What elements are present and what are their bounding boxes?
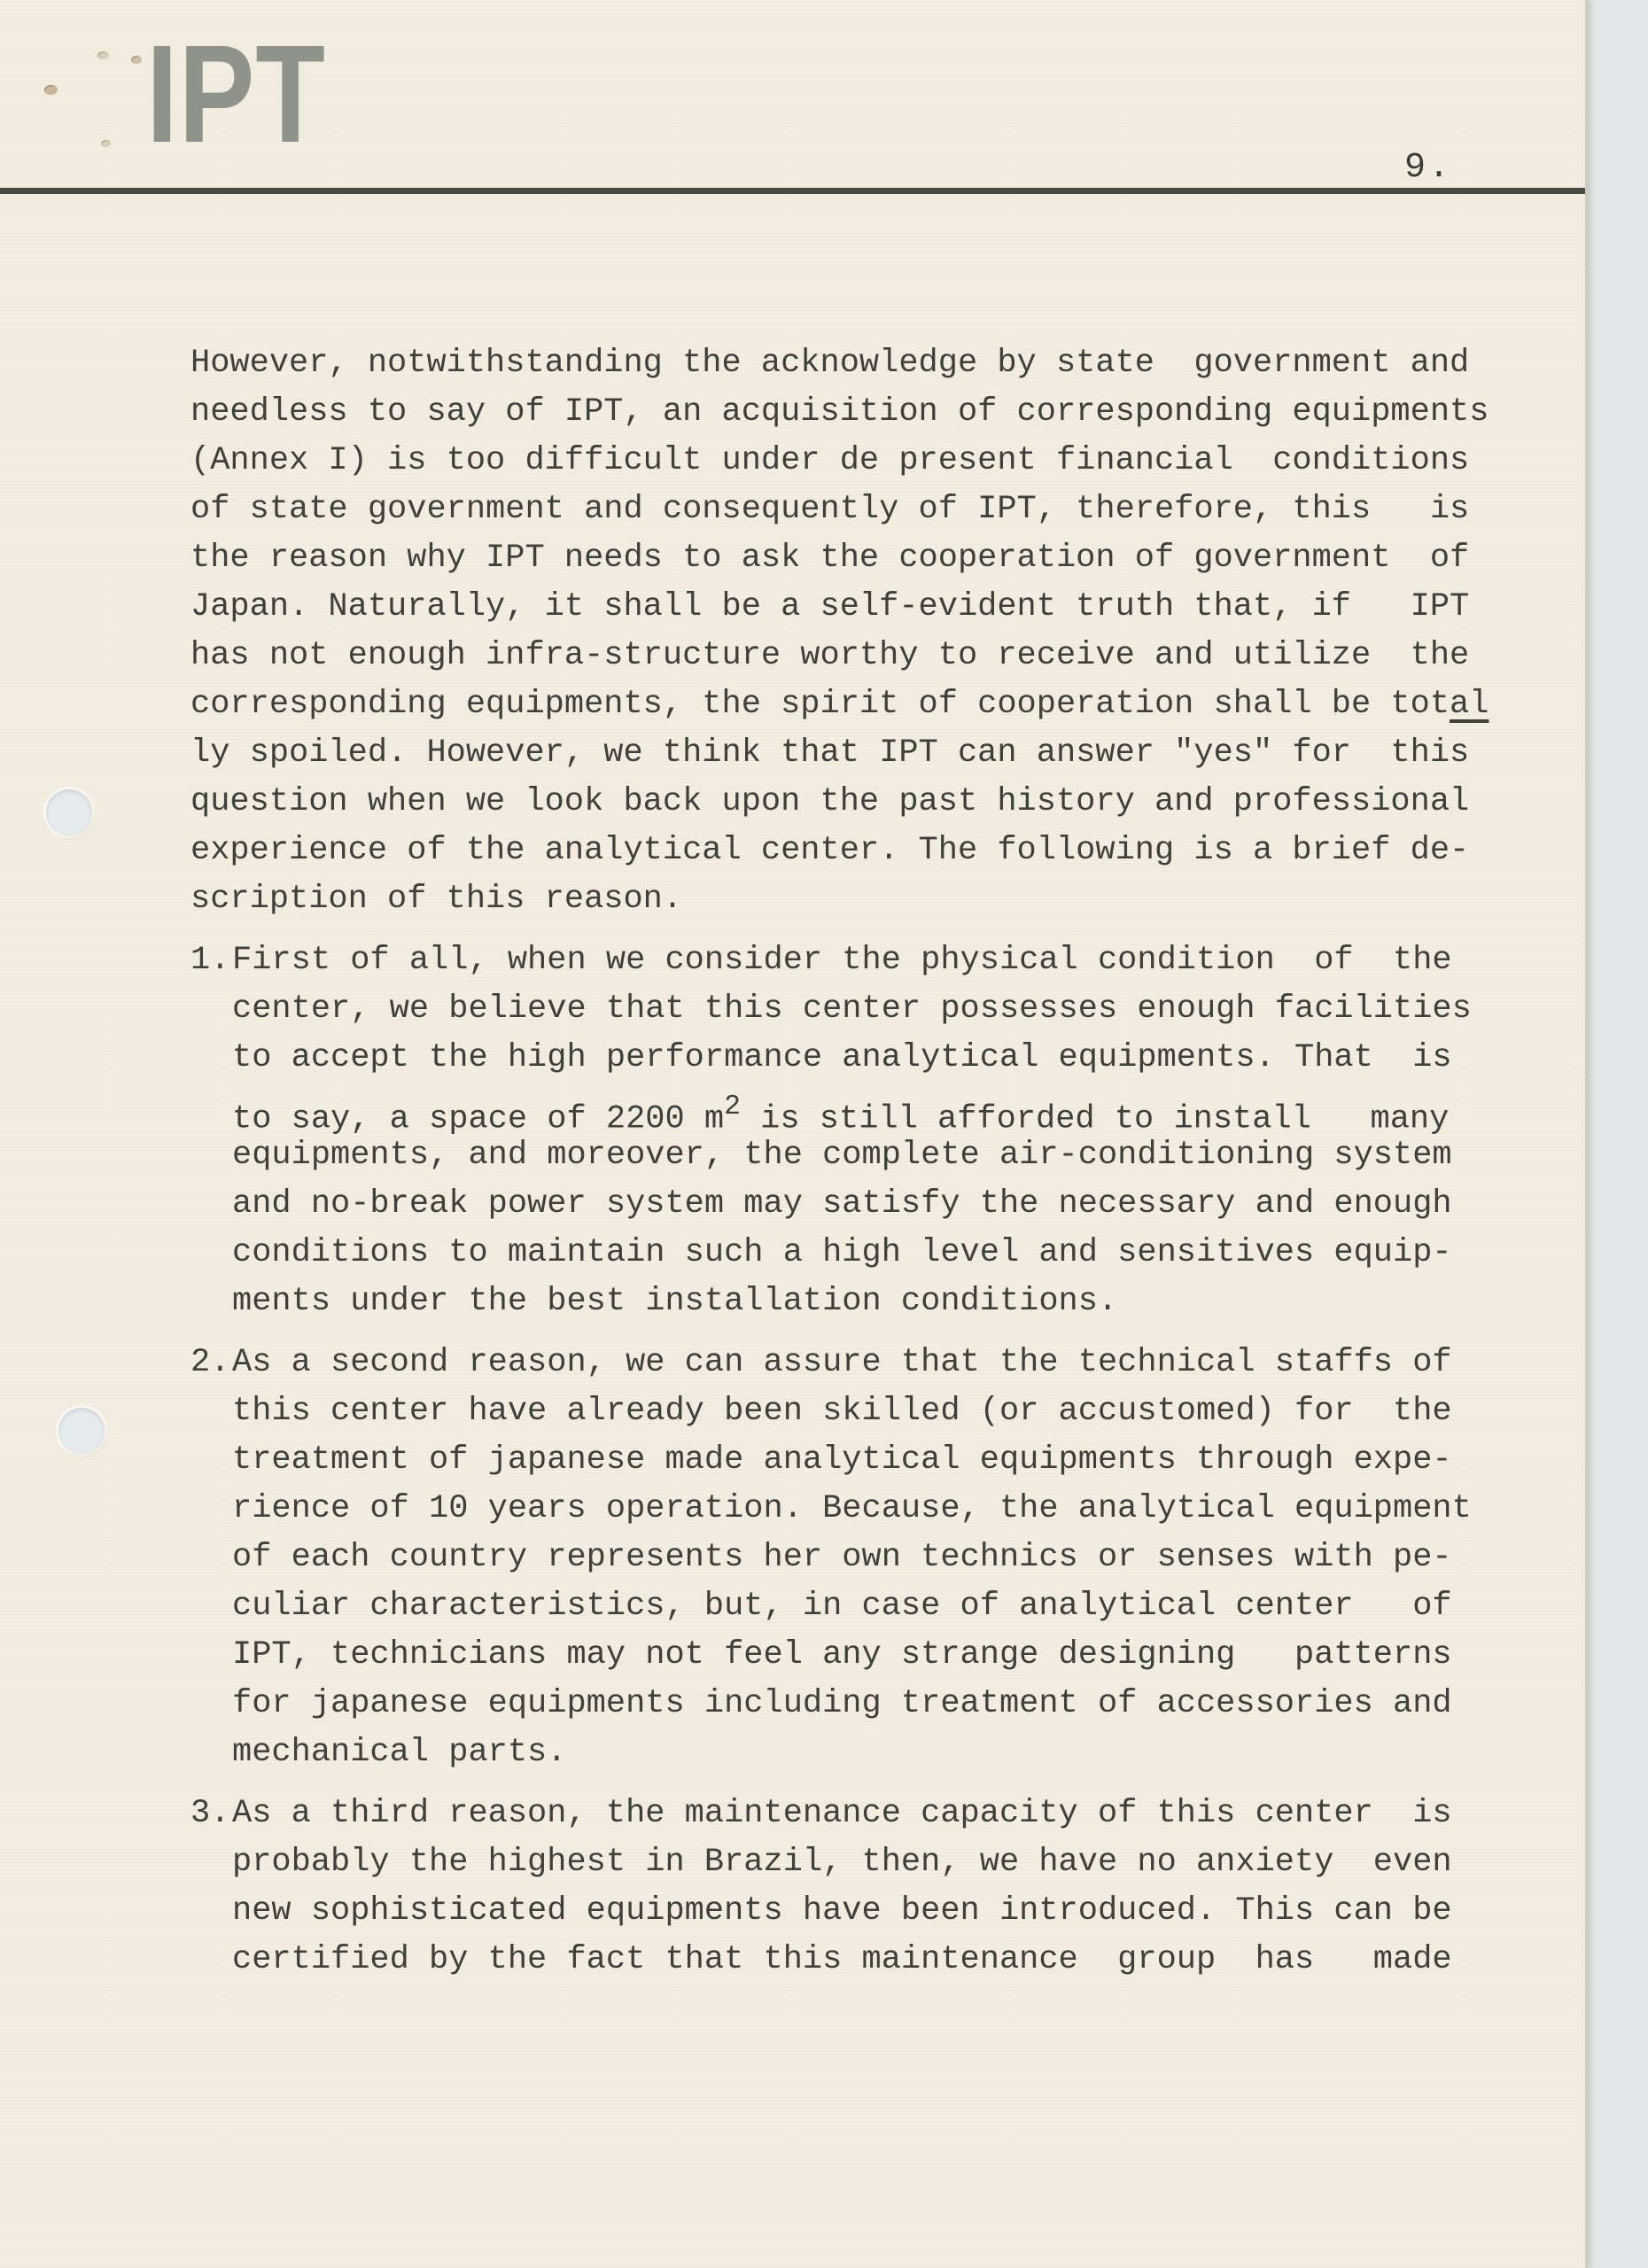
text-line: of each country represents her own techn… [232, 1534, 1520, 1582]
scan-background: IPT 9. However, notwithstanding the ackn… [0, 0, 1648, 2268]
text-line: culiar characteristics, but, in case of … [232, 1582, 1520, 1631]
text-line: and no-break power system may satisfy th… [232, 1180, 1520, 1229]
paper-speck [101, 140, 111, 147]
ipt-logo: IPT [146, 25, 326, 164]
text-line: experience of the analytical center. The… [190, 827, 1520, 875]
list-number: 3. [190, 1790, 229, 1838]
punch-hole-top [46, 789, 92, 835]
text-line: First of all, when we consider the physi… [232, 936, 1520, 985]
text-line: treatment of japanese made analytical eq… [232, 1436, 1520, 1485]
text-line: to accept the high performance analytica… [232, 1034, 1520, 1083]
text-line: to say, a space of 2200 m2 is still affo… [232, 1083, 1520, 1131]
list-item-2: 2.As a second reason, we can assure that… [190, 1339, 1520, 1777]
underlined-text: al [1450, 686, 1489, 723]
text-line: certified by the fact that this maintena… [232, 1936, 1520, 1984]
text-line: needless to say of IPT, an acquisition o… [190, 388, 1520, 437]
paper-speck [131, 56, 142, 64]
page-number: 9. [1404, 151, 1452, 186]
text-line: mechanical parts. [232, 1728, 1520, 1777]
text-line: equipments, and moreover, the complete a… [232, 1131, 1520, 1180]
paragraph-1: However, notwithstanding the acknowledge… [190, 339, 1520, 924]
text-line: the reason why IPT needs to ask the coop… [190, 534, 1520, 583]
text-line: center, we believe that this center poss… [232, 985, 1520, 1034]
text-line: ments under the best installation condit… [232, 1278, 1520, 1326]
header-rule [0, 188, 1588, 194]
paper-speck [44, 85, 58, 95]
list-item-1: 1.First of all, when we consider the phy… [190, 936, 1520, 1326]
text-line: IPT, technicians may not feel any strang… [232, 1631, 1520, 1680]
paper-speck [97, 51, 109, 59]
text-line: for japanese equipments including treatm… [232, 1680, 1520, 1728]
text-line: As a second reason, we can assure that t… [232, 1339, 1520, 1387]
text-line: (Annex I) is too difficult under de pres… [190, 437, 1520, 485]
text-line: ly spoiled. However, we think that IPT c… [190, 729, 1520, 778]
text-line: this center have already been skilled (o… [232, 1387, 1520, 1436]
text-line: question when we look back upon the past… [190, 778, 1520, 827]
text-line: However, notwithstanding the acknowledge… [190, 339, 1520, 388]
document-page: IPT 9. However, notwithstanding the ackn… [0, 0, 1588, 2268]
list-item-3: 3.As a third reason, the maintenance cap… [190, 1790, 1520, 1984]
punch-hole-bottom [58, 1408, 105, 1454]
text-line: probably the highest in Brazil, then, we… [232, 1838, 1520, 1887]
text-line: As a third reason, the maintenance capac… [232, 1790, 1520, 1838]
text-line: corresponding equipments, the spirit of … [190, 680, 1520, 729]
text-line: new sophisticated equipments have been i… [232, 1887, 1520, 1936]
text-line: has not enough infra-structure worthy to… [190, 632, 1520, 680]
text-line: of state government and consequently of … [190, 485, 1520, 534]
text-line: conditions to maintain such a high level… [232, 1229, 1520, 1278]
text-line: scription of this reason. [190, 875, 1520, 924]
superscript: 2 [724, 1091, 741, 1122]
list-number: 2. [190, 1339, 229, 1387]
list-number: 1. [190, 936, 229, 985]
text-line: Japan. Naturally, it shall be a self-evi… [190, 583, 1520, 632]
document-body: However, notwithstanding the acknowledge… [190, 339, 1520, 1984]
text-line: rience of 10 years operation. Because, t… [232, 1485, 1520, 1534]
